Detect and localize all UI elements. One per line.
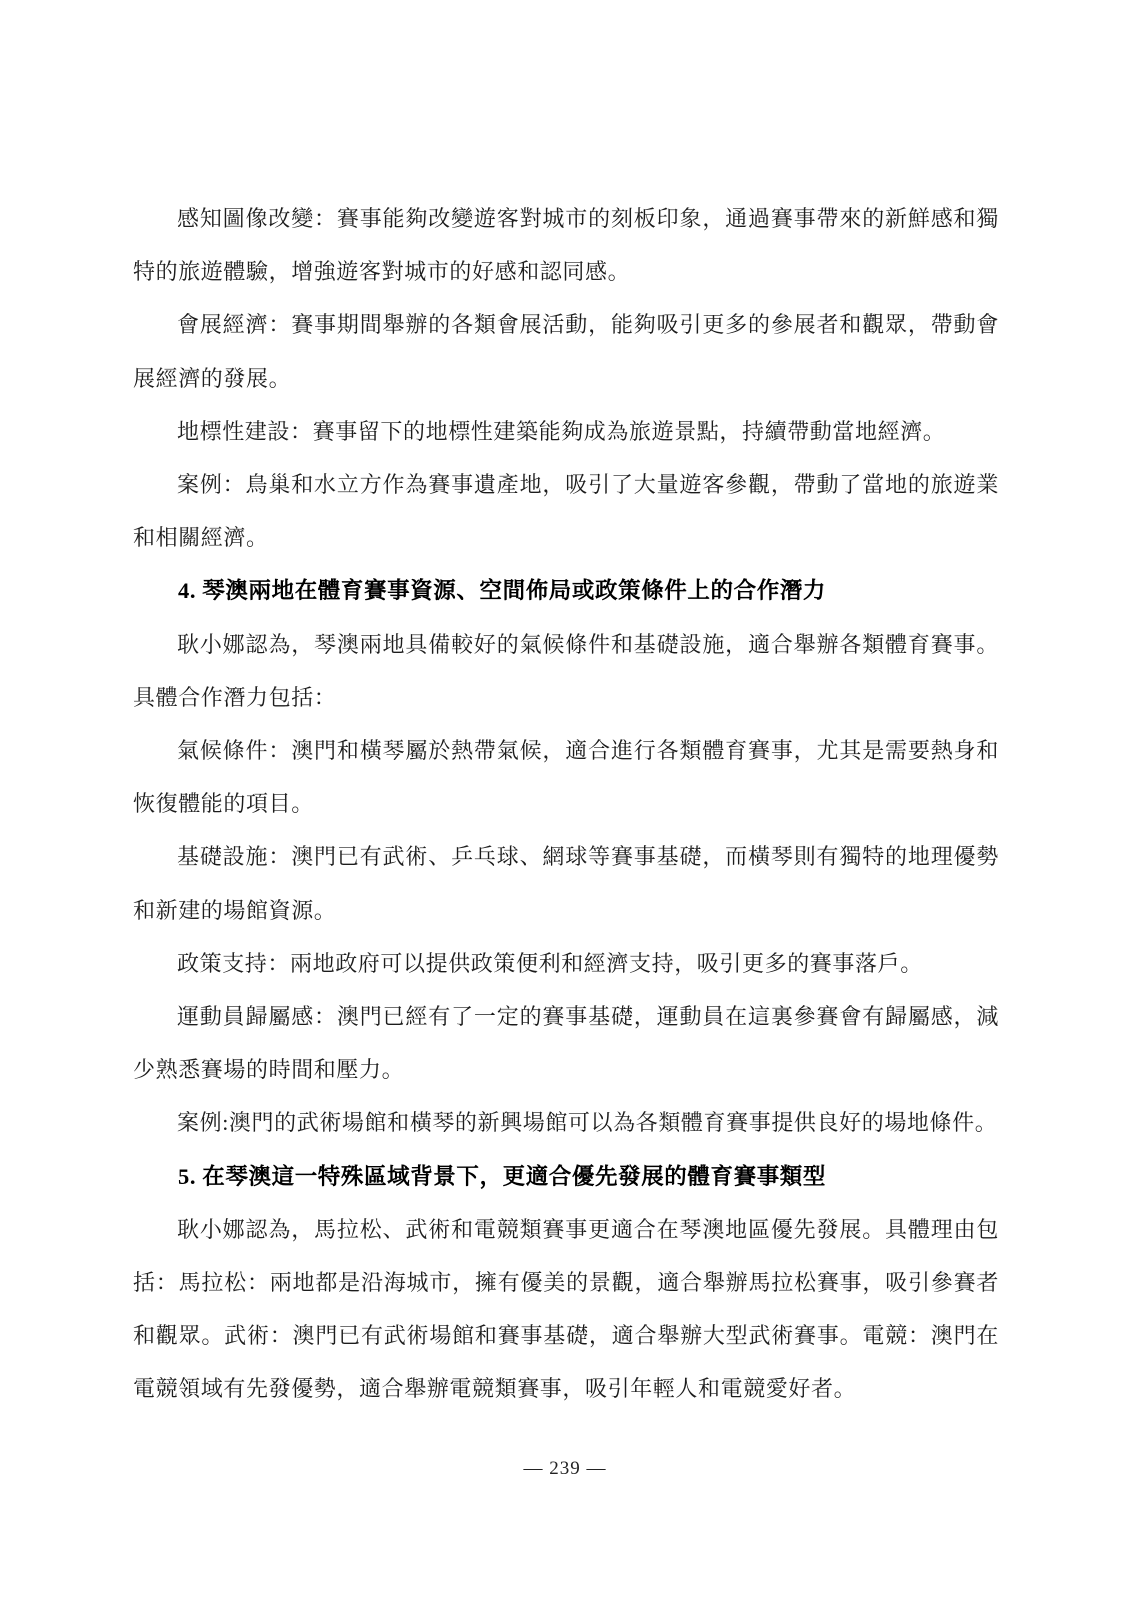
paragraph-case-venues: 案例:澳門的武術場館和橫琴的新興場館可以為各類體育賽事提供良好的場地條件。: [133, 1096, 999, 1149]
section-heading-4: 4. 琴澳兩地在體育賽事資源、空間佈局或政策條件上的合作潛力: [133, 564, 999, 617]
paragraph-landmark-building: 地標性建設：賽事留下的地標性建築能夠成為旅遊景點，持續帶動當地經濟。: [133, 405, 999, 458]
paragraph-cooperation-intro: 耿小娜認為，琴澳兩地具備較好的氣候條件和基礎設施，適合舉辦各類體育賽事。具體合作…: [133, 618, 999, 724]
text-block: 感知圖像改變：賽事能夠改變遊客對城市的刻板印象，通過賽事帶來的新鮮感和獨特的旅遊…: [133, 192, 999, 1416]
paragraph-policy-support: 政策支持：兩地政府可以提供政策便利和經濟支持，吸引更多的賽事落戶。: [133, 937, 999, 990]
paragraph-case-birdsnest: 案例：鳥巢和水立方作為賽事遺產地，吸引了大量遊客參觀，帶動了當地的旅遊業和相關經…: [133, 458, 999, 564]
document-page: 感知圖像改變：賽事能夠改變遊客對城市的刻板印象，通過賽事帶來的新鮮感和獨特的旅遊…: [0, 0, 1130, 1600]
page-number: — 239 —: [0, 1458, 1130, 1480]
paragraph-perception-image: 感知圖像改變：賽事能夠改變遊客對城市的刻板印象，通過賽事帶來的新鮮感和獨特的旅遊…: [133, 192, 999, 298]
paragraph-priority-events: 耿小娜認為，馬拉松、武術和電競類賽事更適合在琴澳地區優先發展。具體理由包括：馬拉…: [133, 1203, 999, 1416]
paragraph-athlete-belonging: 運動員歸屬感：澳門已經有了一定的賽事基礎，運動員在這裏參賽會有歸屬感，減少熟悉賽…: [133, 990, 999, 1096]
paragraph-infrastructure: 基礎設施：澳門已有武術、乒乓球、網球等賽事基礎，而橫琴則有獨特的地理優勢和新建的…: [133, 830, 999, 936]
paragraph-mice-economy: 會展經濟：賽事期間舉辦的各類會展活動，能夠吸引更多的參展者和觀眾，帶動會展經濟的…: [133, 298, 999, 404]
paragraph-climate-condition: 氣候條件：澳門和橫琴屬於熱帶氣候，適合進行各類體育賽事，尤其是需要熱身和恢復體能…: [133, 724, 999, 830]
section-heading-5: 5. 在琴澳這一特殊區域背景下，更適合優先發展的體育賽事類型: [133, 1150, 999, 1203]
